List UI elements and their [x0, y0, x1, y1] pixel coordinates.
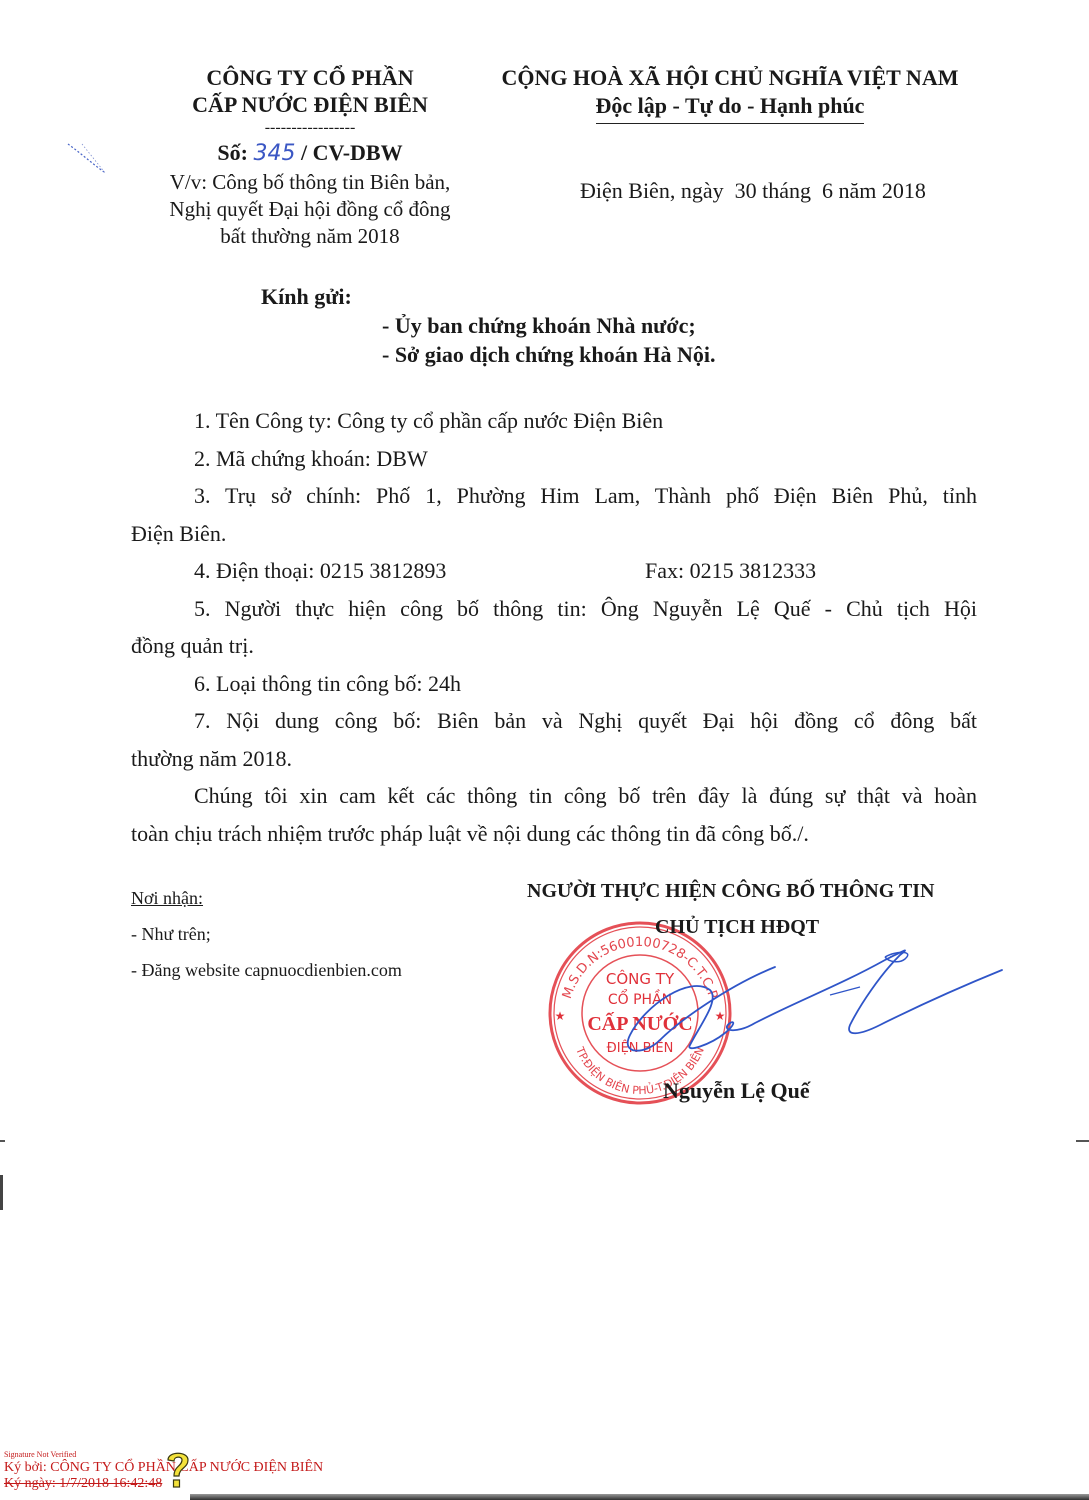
recipients-label: Kính gửi:: [261, 284, 352, 310]
scan-edge: [190, 1494, 1089, 1500]
doc-number-suffix: / CV-DBW: [301, 140, 403, 165]
pen-mark-icon: [66, 140, 116, 180]
commitment-line1: Chúng tôi xin cam kết các thông tin công…: [131, 777, 977, 815]
distribution-label: Nơi nhận:: [131, 880, 402, 916]
phone-number: 4. Điện thoại: 0215 3812893: [194, 558, 446, 583]
motto-underline: [596, 123, 864, 124]
company-name-line2: CẤP NƯỚC ĐIỆN BIÊN: [140, 91, 480, 118]
header-separator: -----------------: [140, 120, 480, 136]
item-headquarters-line2: Điện Biên.: [131, 515, 977, 553]
question-mark-icon[interactable]: [163, 1448, 193, 1492]
scan-edge: [0, 1140, 5, 1142]
nation-title: CỘNG HOÀ XÃ HỘI CHỦ NGHĨA VIỆT NAM: [470, 64, 990, 92]
item-contact: 4. Điện thoại: 0215 3812893 Fax: 0215 38…: [131, 552, 977, 590]
distribution-list: Nơi nhận: - Như trên; - Đăng website cap…: [131, 880, 402, 988]
item-stock-code: 2. Mã chứng khoán: DBW: [131, 440, 977, 478]
item-disclosure-content-line1: 7. Nội dung công bố: Biên bản và Nghị qu…: [131, 702, 977, 740]
signer-role: CHỦ TỊCH HĐQT: [655, 916, 819, 939]
signer-title: NGƯỜI THỰC HIỆN CÔNG BỐ THÔNG TIN: [527, 880, 934, 903]
item-disclosure-type: 6. Loại thông tin công bố: 24h: [131, 665, 977, 703]
fax-number: Fax: 0215 3812333: [582, 552, 816, 590]
item-disclosure-content-line2: thường năm 2018.: [131, 740, 977, 778]
doc-number-handwritten: 345: [253, 141, 295, 166]
scan-edge: [1076, 1140, 1089, 1142]
subject-line3: bất thường năm 2018: [140, 223, 480, 250]
distribution-item: - Đăng website capnuocdienbien.com: [131, 952, 402, 988]
signer-name: Nguyễn Lệ Quế: [663, 1078, 810, 1104]
scan-edge: [0, 1175, 3, 1210]
item-company-name: 1. Tên Công ty: Công ty cổ phần cấp nước…: [131, 402, 977, 440]
commitment-line2: toàn chịu trách nhiệm trước pháp luật về…: [131, 815, 977, 853]
item-headquarters-line1: 3. Trụ sở chính: Phố 1, Phường Him Lam, …: [131, 477, 977, 515]
subject-line2: Nghị quyết Đại hội đồng cổ đông: [140, 196, 480, 223]
distribution-item: - Như trên;: [131, 916, 402, 952]
item-discloser-line1: 5. Người thực hiện công bố thông tin: Ôn…: [131, 590, 977, 628]
doc-number-prefix: Số:: [217, 140, 248, 165]
subject-line1: V/v: Công bố thông tin Biên bản,: [140, 169, 480, 196]
issuer-header: CÔNG TY CỔ PHẦN CẤP NƯỚC ĐIỆN BIÊN -----…: [140, 64, 480, 250]
handwritten-signature-icon: [560, 945, 1005, 1055]
document-body: 1. Tên Công ty: Công ty cổ phần cấp nước…: [131, 402, 977, 852]
recipient-item: - Sở giao dịch chứng khoán Hà Nội.: [382, 342, 715, 368]
document-number: Số: 345 / CV-DBW: [140, 138, 480, 169]
company-name-line1: CÔNG TY CỔ PHẦN: [140, 64, 480, 91]
item-discloser-line2: đồng quản trị.: [131, 627, 977, 665]
recipient-item: - Ủy ban chứng khoán Nhà nước;: [382, 313, 696, 339]
national-header: CỘNG HOÀ XÃ HỘI CHỦ NGHĨA VIỆT NAM Độc l…: [470, 64, 990, 124]
national-motto: Độc lập - Tự do - Hạnh phúc: [470, 92, 990, 120]
date-line: Điện Biên, ngày 30 tháng 6 năm 2018: [580, 178, 926, 204]
